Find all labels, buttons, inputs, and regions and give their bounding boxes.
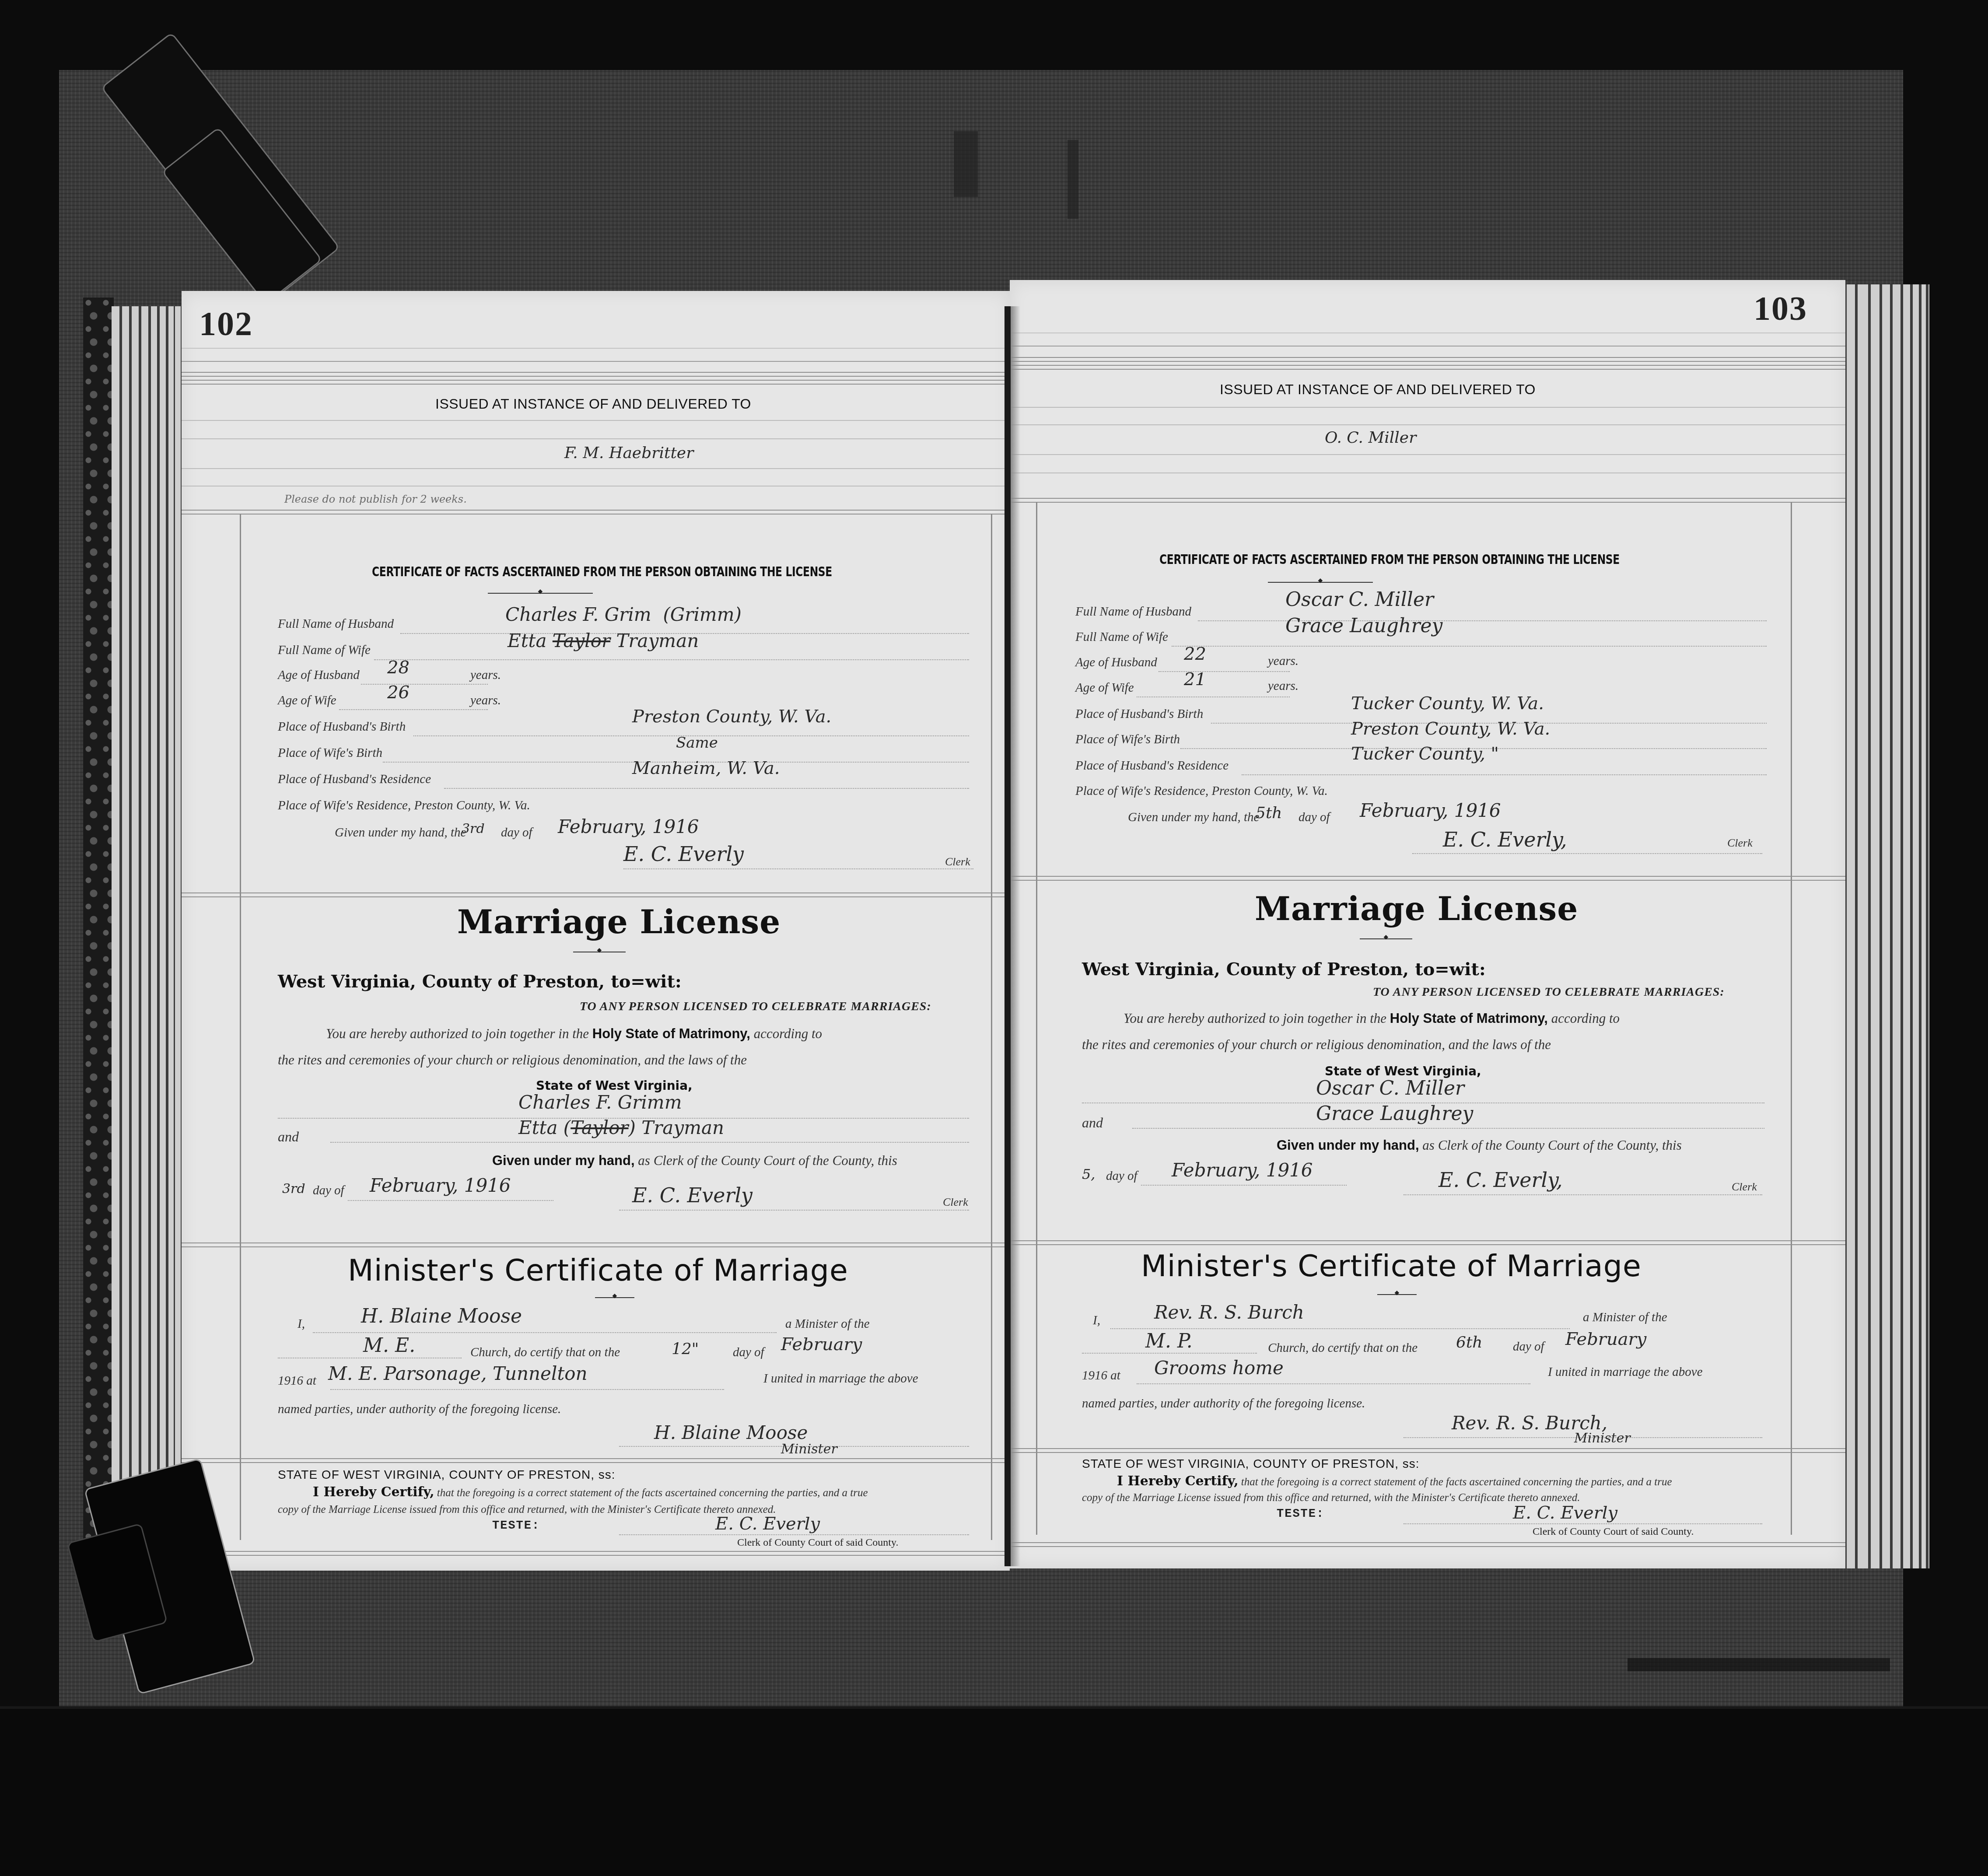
label-certify: Church, do certify that on the [470,1345,620,1360]
license-jurisdiction: West Virginia, County of Preston, to=wit… [1082,959,1486,980]
label-years: years. [470,693,501,708]
ruled-line [182,361,1010,362]
signature-line [1403,1194,1762,1195]
license-clerk-signature: E. C. Everly, [1438,1168,1563,1192]
clerk-cert-caption: Clerk of County Court of said County. [1533,1526,1694,1538]
double-rule [1010,1240,1845,1245]
double-rule [182,1458,1010,1463]
fill-line [444,788,969,789]
label-husband-birth: Place of Husband's Birth [278,720,406,734]
label-year-at: 1916 at [1082,1368,1120,1383]
fill-line [1110,1328,1570,1329]
fill-line [330,1389,724,1390]
husband-residence: Tucker County, " [1351,744,1499,764]
fill-line [1137,696,1290,697]
ornament-divider [573,952,626,952]
label-united: I united in marriage the above [1548,1365,1703,1379]
label-day-of: day of [733,1345,764,1360]
double-rule [1010,357,1845,362]
minister-signature-title: Minister [1574,1431,1631,1446]
license-bride-name: Etta (Taylor) Trayman [518,1117,724,1138]
label-wife-name: Full Name of Wife [278,643,371,658]
label-years: years. [1268,654,1298,668]
fill-line [374,659,969,660]
label-united: I united in marriage the above [763,1372,918,1386]
ruled-line [1010,454,1845,455]
double-rule [182,372,1010,377]
wife-birth-place: Preston County, W. Va. [1351,719,1550,739]
license-day: 5, [1082,1166,1095,1183]
signature-line [1403,1523,1762,1524]
label-i: I, [1093,1313,1100,1328]
issued-heading: ISSUED AT INSTANCE OF AND DELIVERED TO [1220,381,1536,398]
ruled-line [182,348,1010,349]
label-years: years. [1268,679,1298,693]
double-rule [182,1551,1010,1556]
label-clerk: Clerk [943,1196,968,1209]
minister-name: Rev. R. S. Burch [1154,1302,1304,1323]
signature-line [1412,853,1762,854]
facts-clerk-signature: E. C. Everly [623,842,744,866]
label-given-under-hand: Given under my hand, the [335,826,466,840]
minister-name: H. Blaine Moose [361,1305,522,1327]
ruled-line [182,420,1010,421]
double-rule [1010,498,1845,503]
facts-title: CERTIFICATE OF FACTS ASCERTAINED FROM TH… [372,564,832,580]
clerk-cert-text-1: I Hereby Certify, that the foregoing is … [313,1484,868,1500]
ornament-divider [595,1297,634,1298]
fill-line [348,1200,553,1201]
clerk-cert-state-line: STATE OF WEST VIRGINIA, COUNTY OF PRESTO… [1082,1457,1419,1471]
license-day: 3rd [282,1181,305,1197]
clerk-cert-text-2: copy of the Marriage License issued from… [278,1504,776,1516]
license-groom-name: Oscar C. Miller [1316,1077,1464,1099]
husband-name: Charles F. Grim (Grimm) [505,604,742,625]
husband-birth-place: Tucker County, W. Va. [1351,693,1544,714]
fill-line [278,1358,462,1358]
license-given-line: Given under my hand, as Clerk of the Cou… [1277,1137,1682,1153]
left-page-stack [112,306,184,1566]
ruled-line [1010,346,1845,346]
label-husband-residence: Place of Husband's Residence [278,772,431,787]
minister-month: February [781,1334,862,1354]
label-wife-age: Age of Wife [1075,681,1134,695]
issued-to-name: F. M. Haebritter [564,444,693,462]
minister-day: 6th [1456,1333,1483,1351]
label-minister-of: a Minister of the [785,1317,870,1331]
minister-certificate-title: Minister's Certificate of Marriage [348,1253,848,1288]
license-body-line-2: the rites and ceremonies of your church … [278,1052,747,1068]
ruled-line [1010,332,1845,333]
double-rule [1010,365,1845,370]
minister-church: M. P. [1145,1330,1193,1352]
license-bride-name: Grace Laughrey [1316,1102,1473,1125]
minister-place: Grooms home [1154,1357,1284,1379]
license-clerk-signature: E. C. Everly [632,1183,752,1207]
ruled-line [182,438,1010,439]
license-body-line-1: You are hereby authorized to join togeth… [326,1026,822,1042]
minister-month: February [1565,1329,1646,1349]
clerk-cert-state-line: STATE OF WEST VIRGINIA, COUNTY OF PRESTO… [278,1468,615,1482]
label-teste: TESTE: [492,1519,540,1533]
label-husband-name: Full Name of Husband [278,617,394,631]
wife-name: Etta Taylor Trayman [507,630,699,651]
minister-day: 12" [672,1340,699,1358]
facts-day: 3rd [462,821,485,836]
license-title: Marriage License [1255,890,1578,928]
double-rule [182,510,1010,514]
license-state-line: State of West Virginia, [1325,1064,1481,1078]
license-jurisdiction: West Virginia, County of Preston, to=wit… [278,971,682,992]
facts-title: CERTIFICATE OF FACTS ASCERTAINED FROM TH… [1159,552,1620,567]
fill-line [1137,1383,1530,1384]
license-state-line: State of West Virginia, [536,1078,693,1093]
facts-clerk-signature: E. C. Everly, [1443,828,1567,851]
label-i: I, [297,1317,305,1331]
signature-line [619,1534,969,1535]
label-and: and [278,1129,299,1145]
facts-day: 5th [1256,804,1282,822]
label-wife-age: Age of Wife [278,693,336,708]
fill-line [1082,1353,1257,1354]
certificate-box-border [1791,502,1792,1535]
book-cover-marbled-edge [83,297,114,1566]
minister-place: M. E. Parsonage, Tunnelton [328,1363,588,1384]
label-certify: Church, do certify that on the [1268,1341,1417,1355]
label-day-of: day of [501,826,532,840]
label-teste: TESTE: [1277,1508,1324,1521]
certificate-box-border [991,514,992,1540]
husband-birth-place: Preston County, W. Va. [632,707,831,727]
fill-line [1198,620,1767,621]
facts-month-year: February, 1916 [1360,800,1501,821]
license-title: Marriage License [457,903,780,941]
fill-line [1158,671,1290,672]
license-body-line-1: You are hereby authorized to join togeth… [1123,1011,1620,1026]
ruled-line [1010,424,1845,425]
double-rule [182,1242,1010,1247]
label-named-parties: named parties, under authority of the fo… [1082,1396,1365,1411]
minister-church: M. E. [363,1334,415,1357]
wife-name: Grace Laughrey [1285,615,1442,637]
license-body-line-2: the rites and ceremonies of your church … [1082,1037,1551,1053]
fill-line [1132,1128,1764,1129]
double-rule [1010,1542,1845,1547]
ruled-line [182,486,1010,486]
license-groom-name: Charles F. Grimm [518,1092,682,1113]
label-day-of: day of [1513,1340,1544,1354]
minister-certificate-title: Minister's Certificate of Marriage [1141,1249,1641,1284]
wife-age: 26 [387,682,409,703]
facts-month-year: February, 1916 [558,816,699,837]
certificate-box-border [1036,502,1037,1535]
wife-age: 21 [1184,669,1206,689]
label-day-of: day of [313,1183,344,1198]
clerk-cert-signature: E. C. Everly [1513,1503,1617,1523]
fill-line [1141,1185,1347,1186]
background-stain [954,131,978,197]
label-husband-age: Age of Husband [278,668,360,682]
fill-line [1172,646,1767,647]
husband-residence: Manheim, W. Va. [632,758,780,778]
label-clerk: Clerk [1732,1180,1757,1193]
gutter-shadow [1011,306,1020,1566]
label-wife-residence: Place of Wife's Residence, Preston Count… [1075,784,1328,798]
label-wife-name: Full Name of Wife [1075,630,1168,644]
label-husband-age: Age of Husband [1075,655,1157,670]
label-wife-birth: Place of Wife's Birth [278,746,382,760]
label-wife-residence: Place of Wife's Residence, Preston Count… [278,798,530,813]
page-number: 102 [199,304,253,343]
fill-line [339,709,488,710]
label-day-of: day of [1298,810,1330,825]
book-gutter [1004,306,1011,1566]
ruled-line [182,468,1010,469]
signature-line [623,868,973,869]
issued-to-name: O. C. Miller [1325,429,1416,447]
ornament-divider [1377,1294,1417,1295]
label-wife-birth: Place of Wife's Birth [1075,732,1180,747]
double-rule [1010,876,1845,881]
label-day-of: day of [1106,1169,1137,1183]
license-month-year: February, 1916 [370,1175,511,1196]
ruled-line [1010,407,1845,408]
wife-birth-place: Same [676,734,718,752]
margin-note: Please do not publish for 2 weeks. [284,493,467,505]
license-month-year: February, 1916 [1172,1159,1313,1181]
label-husband-name: Full Name of Husband [1075,605,1191,619]
label-clerk: Clerk [1727,836,1753,850]
background-stain [1627,1658,1890,1671]
fill-line [330,1142,969,1143]
clerk-cert-text-2: copy of the Marriage License issued from… [1082,1492,1580,1504]
license-addressee: TO ANY PERSON LICENSED TO CELEBRATE MARR… [580,1000,931,1014]
left-page: 102 ISSUED AT INSTANCE OF AND DELIVERED … [182,291,1010,1571]
page-number: 103 [1753,289,1807,328]
license-given-line: Given under my hand, as Clerk of the Cou… [492,1153,897,1169]
label-named-parties: named parties, under authority of the fo… [278,1402,561,1417]
label-and: and [1082,1115,1103,1131]
double-rule [1010,1448,1845,1453]
label-year-at: 1916 at [278,1374,316,1388]
label-husband-birth: Place of Husband's Birth [1075,707,1203,721]
ornament-divider [1268,582,1373,583]
husband-age: 28 [387,658,409,678]
clerk-cert-signature: E. C. Everly [715,1514,820,1534]
clerk-cert-caption: Clerk of County Court of said County. [737,1537,898,1549]
ruled-line [1010,472,1845,473]
ornament-divider [488,593,593,594]
fill-line [361,684,488,685]
double-rule [182,380,1010,385]
ornament-divider [1360,938,1412,939]
fill-line [1242,774,1767,775]
minister-signature-title: Minister [781,1442,837,1457]
license-addressee: TO ANY PERSON LICENSED TO CELEBRATE MARR… [1373,985,1725,999]
issued-heading: ISSUED AT INSTANCE OF AND DELIVERED TO [435,396,751,412]
label-minister-of: a Minister of the [1583,1310,1667,1325]
double-rule [182,892,1010,897]
label-clerk: Clerk [945,855,970,868]
background-stain [1067,140,1078,219]
clerk-cert-text-1: I Hereby Certify, that the foregoing is … [1117,1473,1672,1489]
label-husband-residence: Place of Husband's Residence [1075,759,1228,773]
minister-signature: H. Blaine Moose [654,1422,808,1443]
signature-line [619,1210,969,1211]
husband-age: 22 [1184,644,1206,664]
label-given-under-hand: Given under my hand, the [1128,810,1259,825]
certificate-box-border [240,514,241,1540]
right-page-stack [1842,284,1929,1568]
husband-name: Oscar C. Miller [1285,588,1434,611]
fill-line [313,1332,777,1333]
frame-bottom-edge [0,1706,1988,1876]
label-years: years. [470,668,501,682]
right-page: 103 ISSUED AT INSTANCE OF AND DELIVERED … [1010,280,1845,1568]
